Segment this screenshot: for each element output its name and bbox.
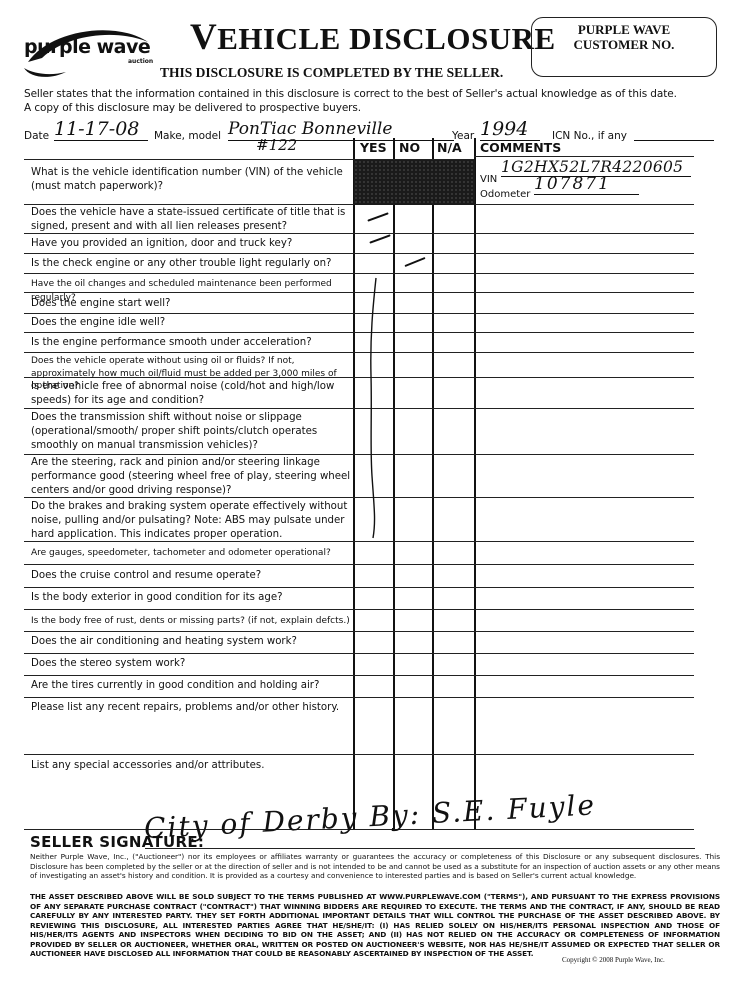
- seller-signature-field[interactable]: City of Derby By: S.E. Fuyle: [143, 788, 596, 845]
- question-air-conditioning: Does the air conditioning and heating sy…: [31, 635, 351, 649]
- make-model-label: Make, model: [154, 130, 221, 142]
- icn-field[interactable]: [634, 118, 714, 141]
- icn-label: ICN No., if any: [552, 130, 627, 142]
- question-check-engine: Is the check engine or any other trouble…: [31, 257, 351, 271]
- question-gauges: Are gauges, speedometer, tachometer and …: [31, 546, 351, 560]
- purple-wave-logo: purple wave auction: [20, 22, 160, 70]
- question-recent-repairs: Please list any recent repairs, problems…: [31, 701, 351, 715]
- question-brakes: Do the brakes and braking system operate…: [31, 500, 351, 542]
- date-field[interactable]: 11-17-08: [54, 118, 148, 141]
- odometer-field[interactable]: 107871: [534, 174, 639, 195]
- checkmark-yes-title[interactable]: [367, 212, 388, 221]
- page-title: VEHICLE DISCLOSURE: [190, 16, 556, 59]
- question-keys: Have you provided an ignition, door and …: [31, 237, 351, 251]
- question-cruise-control: Does the cruise control and resume opera…: [31, 569, 351, 583]
- checkmark-no-check-engine[interactable]: [404, 257, 425, 267]
- vin-row-shaded-cells: [354, 160, 475, 205]
- vin-label: VIN: [480, 174, 497, 185]
- column-header-comments: COMMENTS: [480, 140, 561, 155]
- question-engine-start: Does the engine start well?: [31, 297, 351, 311]
- column-header-no: NO: [399, 140, 420, 155]
- question-title: Does the vehicle have a state-issued cer…: [31, 206, 351, 234]
- question-body-exterior: Is the body exterior in good condition f…: [31, 591, 351, 605]
- question-tires: Are the tires currently in good conditio…: [31, 679, 351, 693]
- customer-box-label-1: PURPLE WAVE: [532, 22, 716, 37]
- question-stereo: Does the stereo system work?: [31, 657, 351, 671]
- column-header-na: N/A: [437, 140, 462, 155]
- page-subtitle: THIS DISCLOSURE IS COMPLETED BY THE SELL…: [160, 65, 503, 81]
- terms-text: THE ASSET DESCRIBED ABOVE WILL BE SOLD S…: [30, 892, 720, 959]
- checkmark-yes-keys[interactable]: [369, 234, 390, 243]
- copyright-text: Copyright © 2008 Purple Wave, Inc.: [562, 956, 665, 964]
- customer-box-label-2: CUSTOMER NO.: [532, 37, 716, 52]
- customer-number-box[interactable]: PURPLE WAVE CUSTOMER NO.: [531, 17, 717, 77]
- question-vin: What is the vehicle identification numbe…: [31, 166, 351, 194]
- question-steering: Are the steering, rack and pinion and/or…: [31, 456, 351, 498]
- question-abnormal-noise: Is the vehicle free of abnormal noise (c…: [31, 380, 351, 408]
- intro-text: Seller states that the information conta…: [24, 87, 677, 115]
- column-header-yes: YES: [360, 140, 387, 155]
- unit-number-note: #122: [256, 136, 297, 154]
- disclaimer-text: Neither Purple Wave, Inc., ("Auctioneer"…: [30, 852, 720, 881]
- question-body-rust: Is the body free of rust, dents or missi…: [31, 614, 351, 628]
- year-field[interactable]: 1994: [480, 118, 540, 141]
- date-label: Date: [24, 130, 49, 142]
- question-engine-idle: Does the engine idle well?: [31, 316, 351, 330]
- logo-text: purple wave: [24, 36, 150, 58]
- question-special-accessories: List any special accessories and/or attr…: [31, 759, 351, 773]
- odometer-label: Odometer: [480, 189, 530, 200]
- question-engine-performance: Is the engine performance smooth under a…: [31, 336, 351, 350]
- question-transmission: Does the transmission shift without nois…: [31, 411, 351, 453]
- yes-column-line-mark-icon[interactable]: [360, 276, 390, 540]
- logo-subtext: auction: [128, 58, 153, 65]
